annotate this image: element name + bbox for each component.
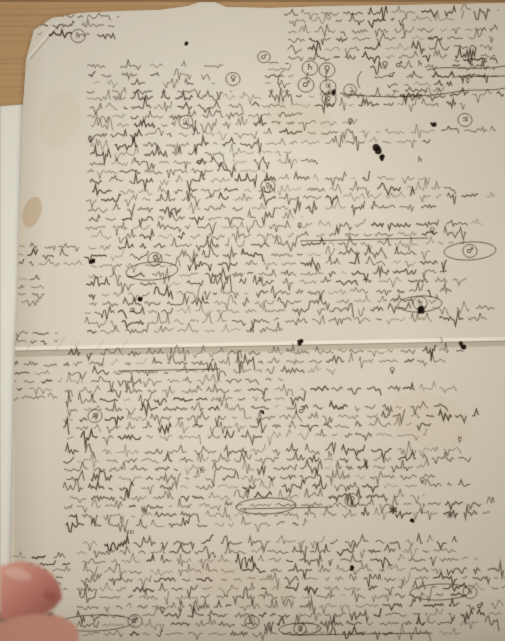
manuscript-photo [0,0,505,641]
manuscript-photo-canvas [0,0,505,641]
